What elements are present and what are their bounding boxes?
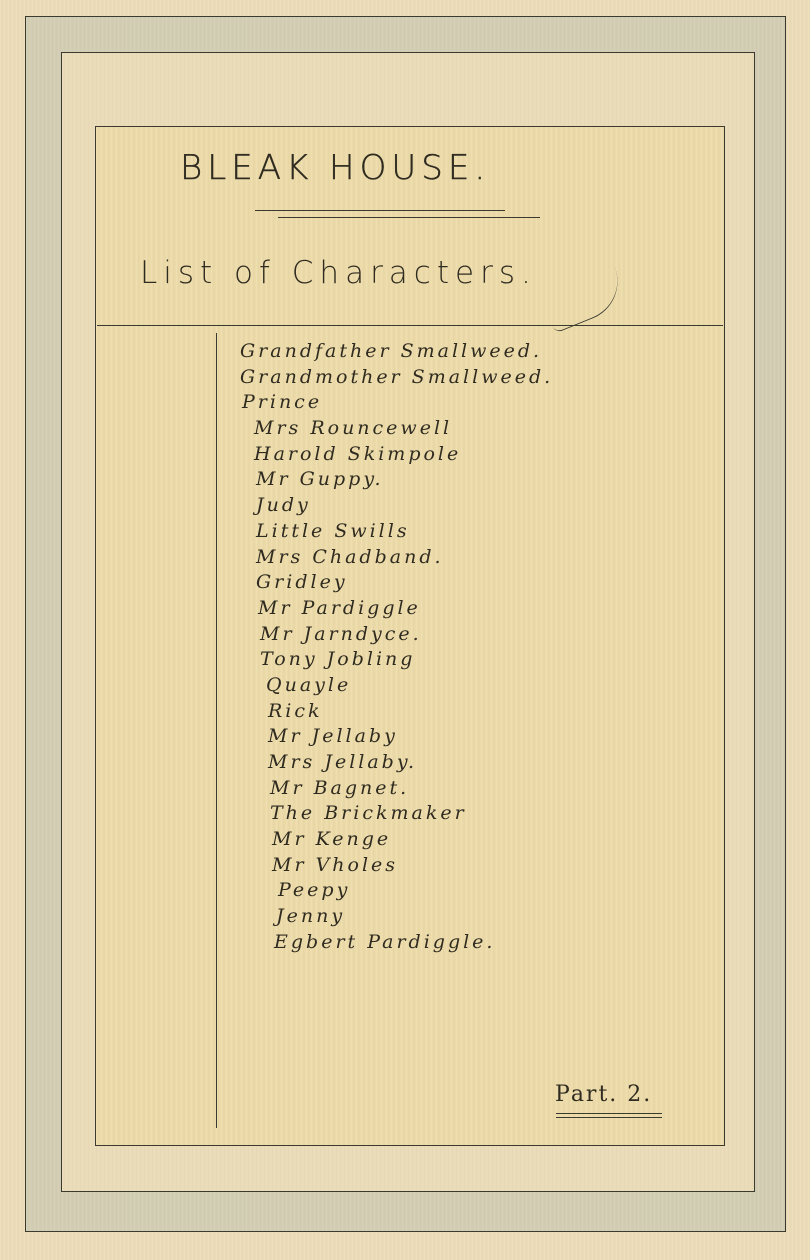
list-item: Mrs Chadband. — [240, 544, 553, 570]
list-item: Little Swills — [240, 518, 553, 544]
list-item: Peepy — [240, 877, 553, 903]
list-item: Grandmother Smallweed. — [240, 364, 553, 390]
part-label: Part. 2. — [555, 1082, 652, 1107]
title-underline — [278, 217, 540, 218]
title-underline — [255, 210, 505, 211]
page-title: BLEAK HOUSE. — [180, 148, 600, 188]
list-item: Egbert Pardiggle. — [240, 929, 553, 955]
list-item: Mrs Jellaby. — [240, 749, 553, 775]
list-item: Mr Jarndyce. — [240, 621, 553, 647]
part-underline — [556, 1113, 662, 1114]
list-item: Mr Guppy. — [240, 466, 553, 492]
list-item: Mr Pardiggle — [240, 595, 553, 621]
list-item: Harold Skimpole — [240, 441, 553, 467]
list-item: Jenny — [240, 903, 553, 929]
part-underline — [556, 1117, 662, 1118]
header-divider-line — [97, 325, 723, 326]
list-item: Tony Jobling — [240, 646, 553, 672]
character-list: Grandfather Smallweed. Grandmother Small… — [240, 338, 553, 955]
list-item: Prince — [240, 389, 553, 415]
list-item: Mr Kenge — [240, 826, 553, 852]
list-item: Quayle — [240, 672, 553, 698]
list-item: Gridley — [240, 569, 553, 595]
list-item: Rick — [240, 698, 553, 724]
list-item: Grandfather Smallweed. — [240, 338, 553, 364]
list-item: The Brickmaker — [240, 800, 553, 826]
list-item: Judy — [240, 492, 553, 518]
list-item: Mr Bagnet. — [240, 775, 553, 801]
margin-line — [216, 333, 217, 1128]
list-item: Mrs Rouncewell — [240, 415, 553, 441]
list-item: Mr Vholes — [240, 852, 553, 878]
list-item: Mr Jellaby — [240, 723, 553, 749]
